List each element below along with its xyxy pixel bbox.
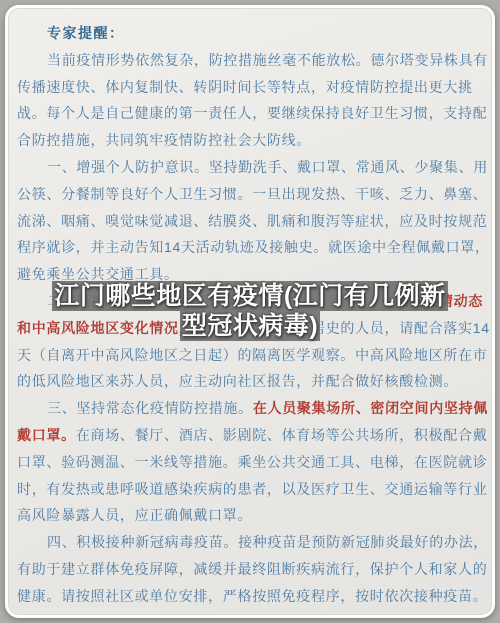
text-segment-blue: 一、增强个人防护意识。坚持勤洗手、戴口罩、常通风、少聚集、用 — [47, 159, 488, 175]
text-line: 战。每个人是自己健康的第一责任人，要继续保持良好卫生习惯，支持配 — [17, 100, 483, 127]
text-line: 有助于建立群体免疫屏障，减缓并最终阻断疾病流行，保护个人和家人的 — [17, 556, 483, 583]
text-segment-red: 戴口罩。 — [17, 427, 76, 443]
text-segment-blue: 传播速度快、体内复制快、转阴时间长等特点，对疫情防控提出更大挑 — [17, 79, 473, 95]
text-segment-blue: 高风险暴露人员，应正确佩戴口罩。 — [17, 507, 252, 523]
watermark-line-2-wrap: 型冠状病毒) — [0, 311, 500, 341]
text-line: 时，有发热或患呼吸道感染疾病的患者，以及医疗卫生、交通运输等行业 — [17, 476, 483, 503]
text-segment-blue: 流涕、咽痛、嗅觉味觉减退、结膜炎、肌痛和腹泻等症状，应及时按规范 — [17, 213, 487, 229]
text-segment-blue: 健康。请按照社区或单位安排，严格按照免疫程序，按时依次接种疫苗。 — [17, 588, 487, 604]
text-segment-blue: 有助于建立群体免疫屏障，减缓并最终阻断疾病流行，保护个人和家人的 — [17, 561, 487, 577]
text-line: 专家提醒： — [17, 20, 483, 47]
page-background: 专家提醒：当前疫情形势依然复杂，防控措施丝毫不能放松。德尔塔变异株具有传播速度快… — [0, 0, 500, 623]
text-line: 四、积极接种新冠病毒疫苗。接种疫苗是预防新冠肺炎最好的办法， — [17, 529, 483, 556]
text-line: 流涕、咽痛、嗅觉味觉减退、结膜炎、肌痛和腹泻等症状，应及时按规范 — [17, 208, 483, 235]
watermark-title-line-2: 型冠状病毒) — [180, 311, 320, 341]
text-line: 健康。请按照社区或单位安排，严格按照免疫程序，按时依次接种疫苗。 — [17, 583, 483, 610]
text-segment-blue: 的低风险地区来苏人员，应主动向社区报告，并配合做好核酸检测。 — [17, 373, 458, 389]
text-segment-blue: 避免乘坐公共交通工具。 — [17, 266, 179, 282]
text-segment-title: 专家提醒： — [47, 25, 125, 41]
text-line: 合防控措施，共同筑牢疫情防控社会大防线。 — [17, 127, 483, 154]
text-line: 程序就诊，并主动告知14天活动轨迹及接触史。就医途中全程佩戴口罩， — [17, 234, 483, 261]
text-line: 一、增强个人防护意识。坚持勤洗手、戴口罩、常通风、少聚集、用 — [17, 154, 483, 181]
text-segment-blue: 合防控措施，共同筑牢疫情防控社会大防线。 — [17, 132, 311, 148]
text-segment-blue: 战。每个人是自己健康的第一责任人，要继续保持良好卫生习惯，支持配 — [17, 105, 487, 121]
text-segment-blue: 四、积极接种新冠病毒疫苗。接种疫苗是预防新冠肺炎最好的办法， — [47, 534, 488, 550]
text-line: 传播速度快、体内复制快、转阴时间长等特点，对疫情防控提出更大挑 — [17, 74, 483, 101]
text-segment-blue: 公筷、分餐制等良好个人卫生习惯。一旦出现发热、干咳、乏力、鼻塞、 — [17, 186, 487, 202]
text-segment-blue: 在商场、餐厅、酒店、影剧院、体育场等公共场所，积极配合戴 — [76, 427, 488, 443]
text-line: 高风险暴露人员，应正确佩戴口罩。 — [17, 502, 483, 529]
text-line: 当前疫情形势依然复杂，防控措施丝毫不能放松。德尔塔变异株具有 — [17, 47, 483, 74]
text-segment-blue: 天（自离开中高风险地区之日起）的隔离医学观察。中高风险地区所在市 — [17, 347, 487, 363]
text-line: 戴口罩。在商场、餐厅、酒店、影剧院、体育场等公共场所，积极配合戴 — [17, 422, 483, 449]
text-segment-red: 在人员聚集场所、密闭空间内坚持佩 — [253, 400, 488, 416]
watermark-title-line-1: 江门哪些地区有疫情(江门有几例新 — [52, 281, 447, 311]
text-line: 公筷、分餐制等良好个人卫生习惯。一旦出现发热、干咳、乏力、鼻塞、 — [17, 181, 483, 208]
text-segment-blue: 程序就诊，并主动告知14天活动轨迹及接触史。就医途中全程佩戴口罩， — [17, 239, 489, 255]
watermark-line-1-wrap: 江门哪些地区有疫情(江门有几例新 — [0, 281, 500, 311]
text-segment-blue: 口罩、验码测温、一米线等措施。乘坐公共交通工具、电梯，在医院就诊 — [17, 454, 487, 470]
text-line: 天（自离开中高风险地区之日起）的隔离医学观察。中高风险地区所在市 — [17, 342, 483, 369]
text-segment-blue: 时，有发热或患呼吸道感染疾病的患者，以及医疗卫生、交通运输等行业 — [17, 481, 487, 497]
text-line: 口罩、验码测温、一米线等措施。乘坐公共交通工具、电梯，在医院就诊 — [17, 449, 483, 476]
text-segment-blue: 当前疫情形势依然复杂，防控措施丝毫不能放松。德尔塔变异株具有 — [47, 52, 488, 68]
watermark-overlay: 江门哪些地区有疫情(江门有几例新 型冠状病毒) — [0, 281, 500, 341]
text-segment-blue: 三、坚持常态化疫情防控措施。 — [47, 400, 253, 416]
text-line: 的低风险地区来苏人员，应主动向社区报告，并配合做好核酸检测。 — [17, 368, 483, 395]
text-line: 三、坚持常态化疫情防控措施。在人员聚集场所、密闭空间内坚持佩 — [17, 395, 483, 422]
